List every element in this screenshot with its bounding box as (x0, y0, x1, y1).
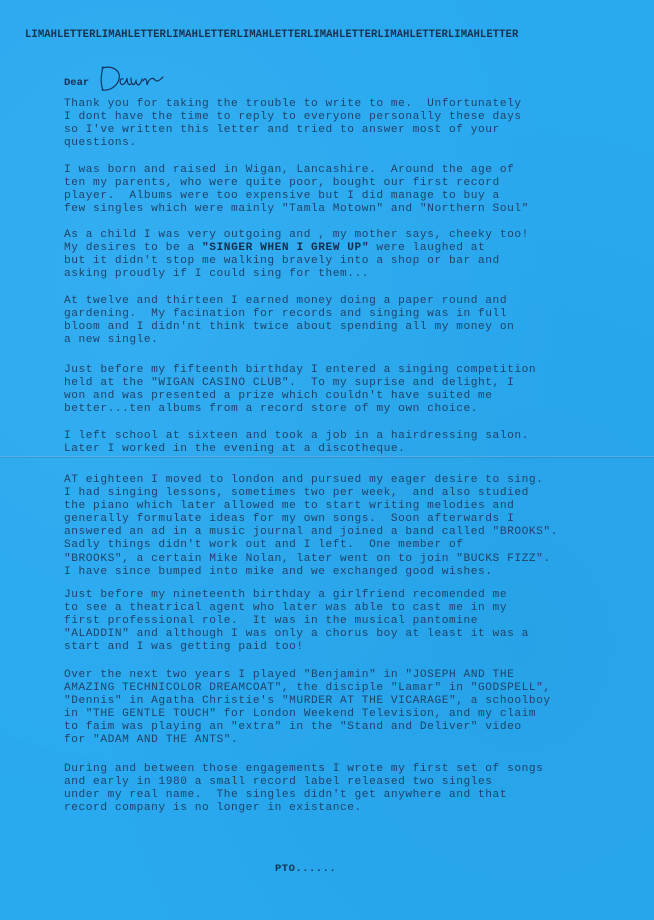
paragraph-competition: Just before my fifteenth birthday I ente… (64, 364, 624, 416)
salutation: Dear Dawn (64, 63, 167, 89)
paragraph-childhood: I was born and raised in Wigan, Lancashi… (64, 164, 624, 216)
paragraph-school: I left school at sixteen and took a job … (64, 430, 624, 456)
emphasis-singer: "SINGER WHEN I GREW UP" (202, 242, 369, 254)
salutation-dear: Dear (64, 77, 89, 89)
paper-fold-line (0, 456, 654, 458)
paragraph-intro: Thank you for taking the trouble to writ… (64, 98, 624, 150)
please-turn-over-footer: PTO...... (275, 863, 336, 875)
paragraph-teenage: At twelve and thirteen I earned money do… (64, 295, 624, 347)
letterhead-banner: LIMAHLETTERLIMAHLETTERLIMAHLETTERLIMAHLE… (25, 29, 518, 41)
paragraph-roles: Over the next two years I played "Benjam… (64, 669, 624, 748)
paragraph-outgoing: As a child I was very outgoing and , my … (64, 229, 624, 281)
paragraph-first-role: Just before my nineteenth birthday a gir… (64, 589, 624, 654)
paragraph-first-songs: During and between those engagements I w… (64, 763, 624, 815)
handwritten-name-signature: Dawn (97, 63, 167, 93)
paragraph-london: AT eighteen I moved to london and pursue… (64, 474, 624, 579)
